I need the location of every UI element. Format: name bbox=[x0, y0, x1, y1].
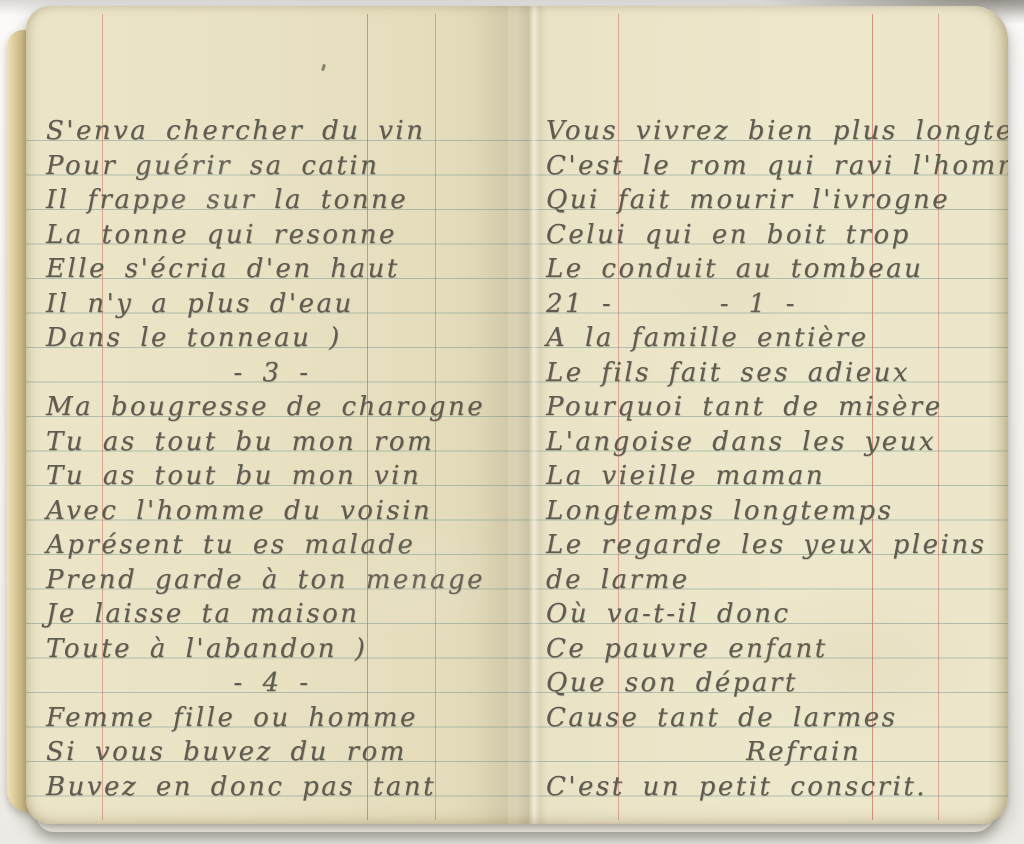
refrain-label: Refrain bbox=[520, 735, 1006, 770]
verse-marker: - 4 - bbox=[38, 666, 506, 701]
handwritten-line: Le fils fait ses adieux bbox=[520, 356, 1006, 391]
handwritten-line: S'enva chercher du vin bbox=[38, 114, 506, 149]
handwritten-line: A la famille entière bbox=[520, 321, 1006, 356]
handwritten-line: Ce pauvre enfant bbox=[520, 632, 1006, 667]
handwritten-line: Toute à l'abandon ) bbox=[38, 632, 506, 667]
handwritten-line: Femme fille ou homme bbox=[38, 701, 506, 736]
handwritten-line: Longtemps longtemps bbox=[520, 494, 1006, 529]
handwritten-line: Que son départ bbox=[520, 666, 1006, 701]
handwritten-line: C'est un petit conscrit. bbox=[520, 770, 1006, 805]
handwritten-line: La vieille maman bbox=[520, 459, 1006, 494]
right-page-text: Vous vivrez bien plus longtemps C'est le… bbox=[520, 114, 1006, 804]
handwritten-line: Cause tant de larmes bbox=[520, 701, 1006, 736]
handwritten-line: Si vous buvez du rom bbox=[38, 735, 506, 770]
handwritten-line: Où va-t-il donc bbox=[520, 597, 1006, 632]
handwritten-line: Tu as tout bu mon rom bbox=[38, 425, 506, 460]
handwritten-line: Il frappe sur la tonne bbox=[38, 183, 506, 218]
handwritten-line: Le regarde les yeux pleins bbox=[520, 528, 1006, 563]
handwritten-line: Elle s'écria d'en haut bbox=[38, 252, 506, 287]
handwritten-line: La tonne qui resonne bbox=[38, 218, 506, 253]
verse-marker: - 3 - bbox=[38, 356, 506, 391]
handwritten-line: Vous vivrez bien plus longtemps bbox=[520, 114, 1006, 149]
handwritten-line: L'angoise dans les yeux bbox=[520, 425, 1006, 460]
handwritten-line: de larme bbox=[520, 563, 1006, 598]
handwritten-line: Il n'y a plus d'eau bbox=[38, 287, 506, 322]
handwritten-line: Tu as tout bu mon vin bbox=[38, 459, 506, 494]
handwritten-line: Avec l'homme du voisin bbox=[38, 494, 506, 529]
handwritten-line: Dans le tonneau ) bbox=[38, 321, 506, 356]
handwritten-line: Buvez en donc pas tant bbox=[38, 770, 506, 805]
verse-marker: 21 - - 1 - bbox=[520, 287, 1006, 322]
handwritten-line: Pourquoi tant de misère bbox=[520, 390, 1006, 425]
handwritten-line: Aprésent tu es malade bbox=[38, 528, 506, 563]
handwritten-line: Ma bougresse de charogne bbox=[38, 390, 506, 425]
handwritten-line: Prend garde à ton menage bbox=[38, 563, 506, 598]
handwritten-line: Celui qui en boit trop bbox=[520, 218, 1006, 253]
handwritten-line: C'est le rom qui ravi l'homme bbox=[520, 149, 1006, 184]
notebook-spread: S'enva chercher du vin Pour guérir sa ca… bbox=[26, 6, 1008, 824]
scanned-notebook-photo: S'enva chercher du vin Pour guérir sa ca… bbox=[0, 0, 1024, 844]
handwritten-line: Le conduit au tombeau bbox=[520, 252, 1006, 287]
left-page-text: S'enva chercher du vin Pour guérir sa ca… bbox=[38, 114, 506, 804]
handwritten-line: Pour guérir sa catin bbox=[38, 149, 506, 184]
handwritten-line: Je laisse ta maison bbox=[38, 597, 506, 632]
handwritten-line: Qui fait mourir l'ivrogne bbox=[520, 183, 1006, 218]
